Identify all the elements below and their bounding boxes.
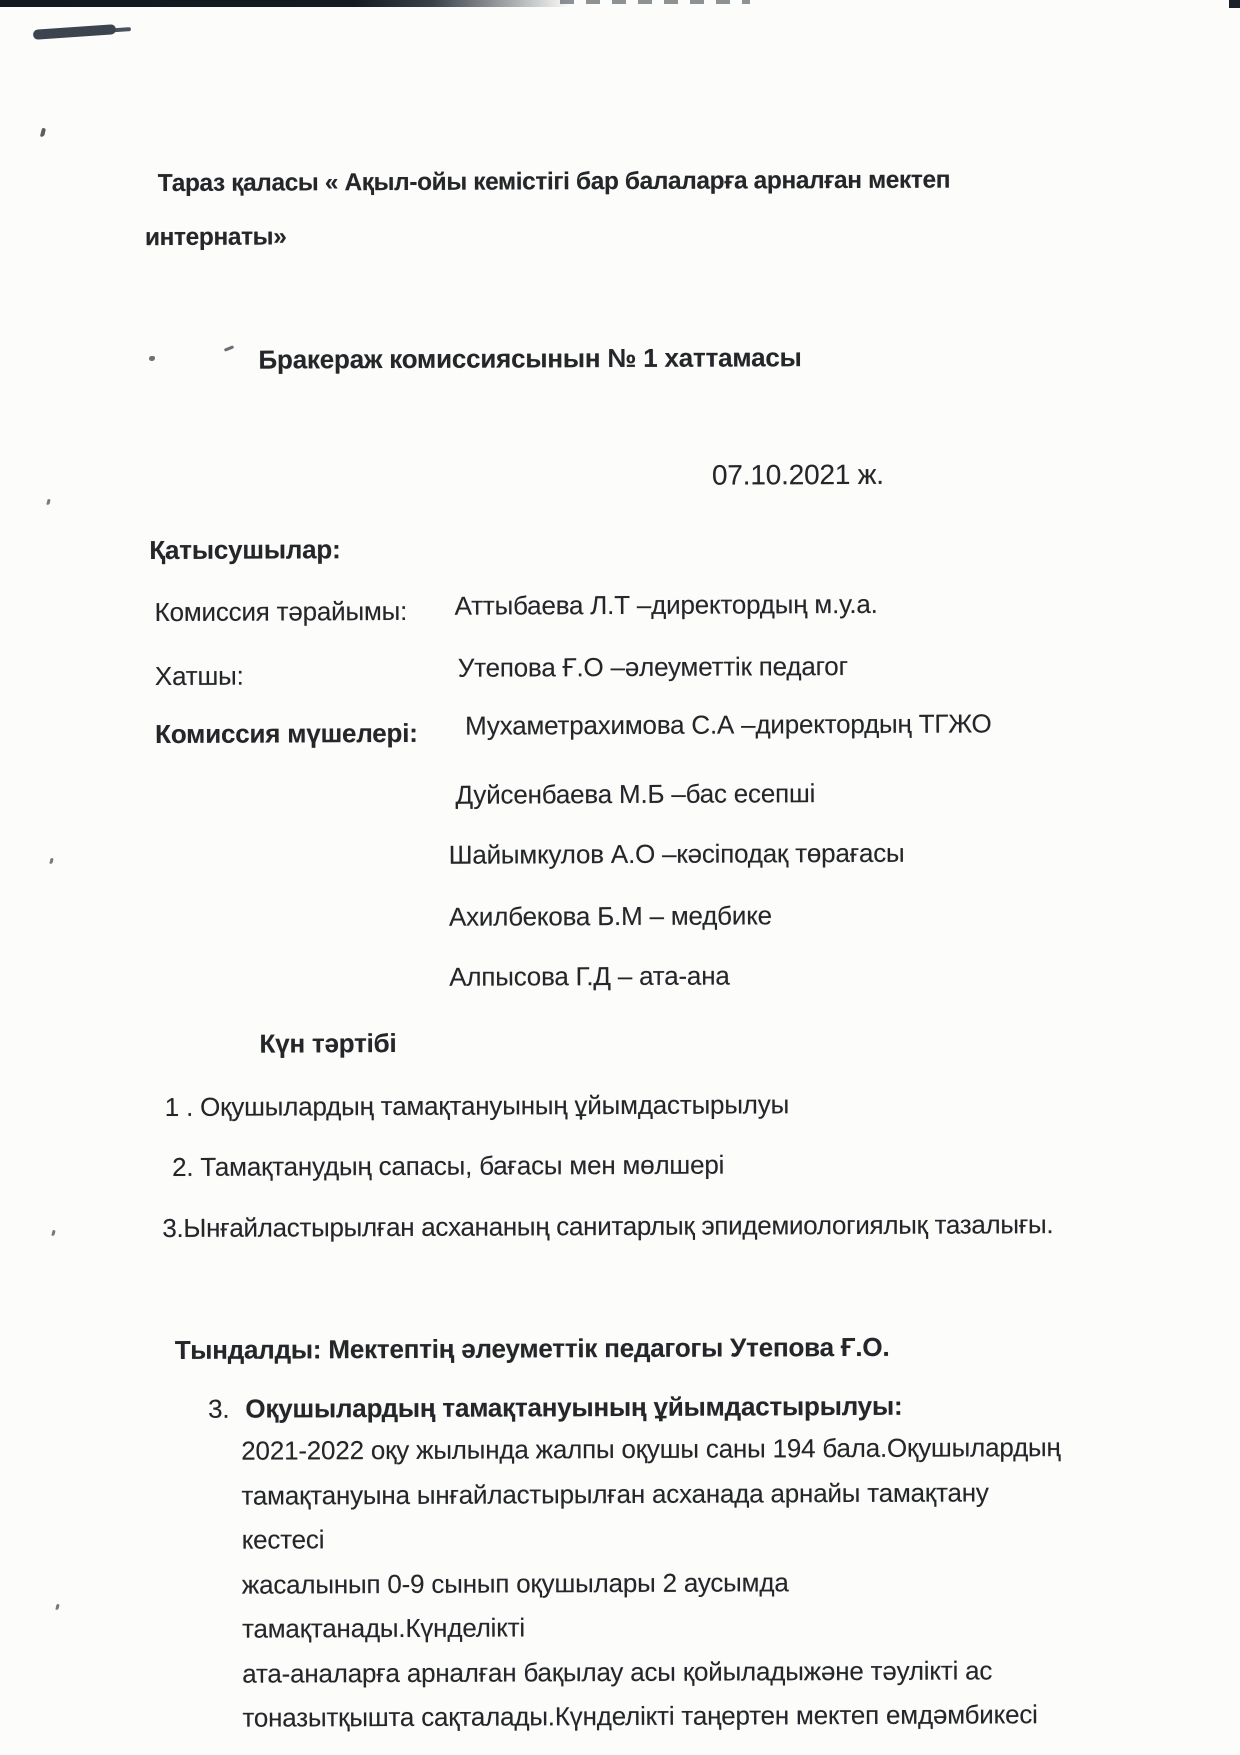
document-date: 07.10.2021 ж. <box>712 459 884 492</box>
committee-member: Алпысова Г.Д – ата-ана <box>449 961 730 993</box>
body-line: ата-аналарға арналған бақылау асы қойыла… <box>242 1648 1072 1696</box>
heard-line: Тындалды: Мектептің әлеуметтік педагогы … <box>175 1332 890 1366</box>
role-label-chairperson: Комиссия тәрайымы: <box>155 596 408 628</box>
body-paragraph: 2021-2022 оқу жылында жалпы оқушы саны 1… <box>241 1425 1072 1740</box>
scanned-document-page: Тараз қаласы « Ақыл-ойы кемістігі бар ба… <box>0 0 1240 1755</box>
committee-member: Ахилбекова Б.М – медбике <box>449 900 772 932</box>
role-label-secretary: Хатшы: <box>155 661 244 692</box>
role-value-chairperson: Аттыбаева Л.Т –директордың м.у.а. <box>455 589 878 622</box>
agenda-heading: Күн тәртібі <box>259 1028 396 1060</box>
resolution-item-title: Оқушылардың тамақтануының ұйымдастырылуы… <box>245 1391 902 1424</box>
role-label-members: Комиссия мүшелері: <box>155 718 418 750</box>
body-line: 2021-2022 оқу жылында жалпы оқушы саны 1… <box>241 1425 1071 1473</box>
resolution-item: 3.Оқушылардың тамақтануының ұйымдастырыл… <box>208 1391 902 1425</box>
committee-member: Дуйсенбаева М.Б –бас есепші <box>455 778 815 811</box>
body-line: жасалынып 0-9 сынып оқушылары 2 аусымда … <box>242 1559 1072 1652</box>
agenda-item: 1 . Оқушылардың тамақтануының ұйымдастыр… <box>165 1089 789 1123</box>
school-name-line1: Тараз қаласы « Ақыл-ойы кемістігі бар ба… <box>158 167 950 198</box>
resolution-item-number: 3. <box>208 1394 229 1424</box>
body-line: тоназытқышта сақталады.Күнделікті таңерт… <box>242 1692 1072 1740</box>
body-line: тамақтануына ынғайластырылған асханада а… <box>241 1470 1071 1563</box>
school-name-line2: интернаты» <box>145 223 287 252</box>
role-value-member-1: Мухаметрахимова С.А –директордың ТГЖО <box>465 708 992 741</box>
protocol-title: Бракераж комиссиясынын № 1 хаттамасы <box>258 342 801 375</box>
agenda-item: 3.Ынғайластырылған асхананың санитарлық … <box>162 1209 1053 1244</box>
document-content: Тараз қаласы « Ақыл-ойы кемістігі бар ба… <box>0 0 1240 1755</box>
committee-member: Шайымкулов А.О –кәсіподақ төрағасы <box>449 838 905 871</box>
agenda-item: 2. Тамақтанудың сапасы, бағасы мен мөлше… <box>172 1150 724 1183</box>
role-value-secretary: Утепова Ғ.О –әлеуметтік педагог <box>458 651 848 684</box>
participants-heading: Қатысушылар: <box>149 534 340 566</box>
